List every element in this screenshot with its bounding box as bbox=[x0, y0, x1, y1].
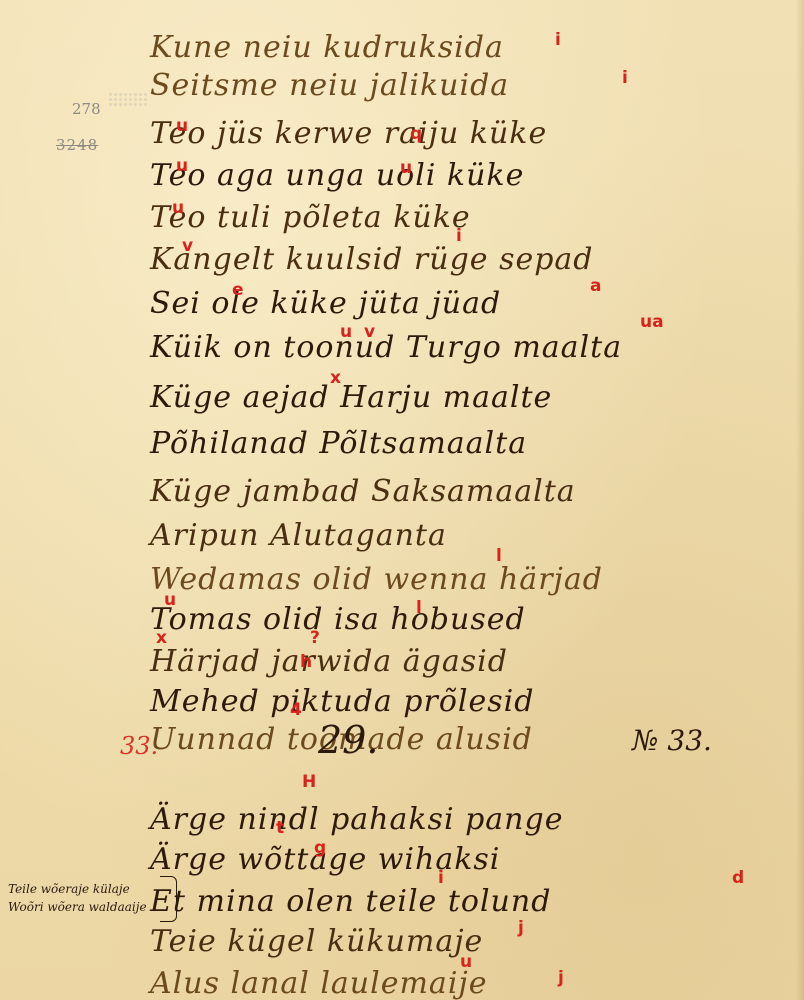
song-line: Teo tuli põleta küke bbox=[150, 200, 471, 235]
red-correction: u bbox=[340, 322, 352, 342]
red-correction: l bbox=[496, 546, 502, 566]
red-correction: u bbox=[400, 158, 412, 178]
song-line: Alus lanal laulemaije bbox=[150, 966, 487, 1000]
red-correction: l bbox=[416, 598, 422, 618]
red-correction: 4 bbox=[290, 700, 302, 720]
red-correction: x bbox=[330, 368, 341, 388]
red-correction: e bbox=[232, 280, 244, 300]
red-correction: j bbox=[518, 918, 524, 938]
song-line: Teo jüs kerwe raiju küke bbox=[150, 116, 547, 151]
red-correction: j bbox=[558, 968, 564, 988]
red-correction: u bbox=[460, 952, 472, 972]
margin-bracket bbox=[160, 876, 177, 922]
song-line: Härjad jarwida ägasid bbox=[150, 644, 508, 679]
red-correction: x bbox=[156, 628, 167, 648]
archive-number-struck: 3248 bbox=[56, 136, 98, 154]
song-line: Teie kügel kükumaje bbox=[150, 924, 483, 959]
red-correction: u bbox=[172, 198, 184, 218]
red-correction: ua bbox=[640, 312, 664, 332]
song-line: Tomas olid isa hobused bbox=[150, 602, 526, 637]
red-correction: u bbox=[176, 116, 188, 136]
song-line: Küge aejad Harju maalte bbox=[150, 380, 552, 415]
red-correction: u bbox=[176, 156, 188, 176]
red-correction: i bbox=[555, 30, 561, 50]
song-line: Et mina olen teile tolund bbox=[150, 884, 551, 919]
margin-note: Teile wõeraje külaje Woõri wõera waldaai… bbox=[8, 880, 147, 916]
song-line: Kune neiu kudruksida bbox=[150, 30, 504, 65]
song-line: Seitsme neiu jalikuida bbox=[150, 68, 509, 103]
song-line: Aripun Alutaganta bbox=[150, 518, 447, 553]
song-line: Kangelt kuulsid rüge sepad bbox=[150, 242, 594, 277]
margin-note-line: Woõri wõera waldaaije bbox=[8, 898, 147, 916]
red-correction: t bbox=[276, 818, 284, 838]
red-correction: i bbox=[622, 68, 628, 88]
red-correction: v bbox=[182, 236, 193, 256]
song-line: Sei ole küke jüta jüad bbox=[150, 286, 501, 321]
red-correction: d bbox=[732, 868, 744, 888]
song-line: Põhilanad Põltsamaalta bbox=[150, 426, 527, 461]
red-correction: u bbox=[164, 590, 176, 610]
manuscript-page: 278 3248 Kune neiu kudruksida Seitsme ne… bbox=[0, 0, 804, 1000]
collection-number: № 33. bbox=[632, 724, 712, 757]
song-line: Mehed piktuda prõlesid bbox=[150, 684, 534, 719]
red-correction: q bbox=[410, 124, 422, 144]
song-line: Teo aga unga uoli küke bbox=[150, 158, 524, 193]
red-song-number: 33. bbox=[120, 732, 158, 760]
red-correction: H bbox=[302, 772, 316, 792]
red-correction: ? bbox=[310, 628, 320, 648]
song-number: 29. bbox=[318, 718, 378, 762]
red-correction: a bbox=[590, 276, 601, 296]
song-line: Wedamas olid wenna härjad bbox=[150, 562, 603, 597]
red-correction: v bbox=[364, 322, 375, 342]
red-correction: h bbox=[300, 652, 312, 672]
song-line: Küge jambad Saksamaalta bbox=[150, 474, 576, 509]
red-correction: i bbox=[456, 226, 462, 246]
faded-stamp bbox=[108, 92, 148, 108]
red-correction: g bbox=[314, 838, 326, 858]
song-line: Ärge nindl pahaksi pange bbox=[150, 802, 563, 837]
margin-note-line: Teile wõeraje külaje bbox=[8, 880, 147, 898]
song-line: Küik on toonud Turgo maalta bbox=[150, 330, 622, 365]
archive-number-current: 278 bbox=[72, 100, 101, 118]
red-correction: i bbox=[438, 868, 444, 888]
page-edge-shadow bbox=[796, 0, 804, 1000]
